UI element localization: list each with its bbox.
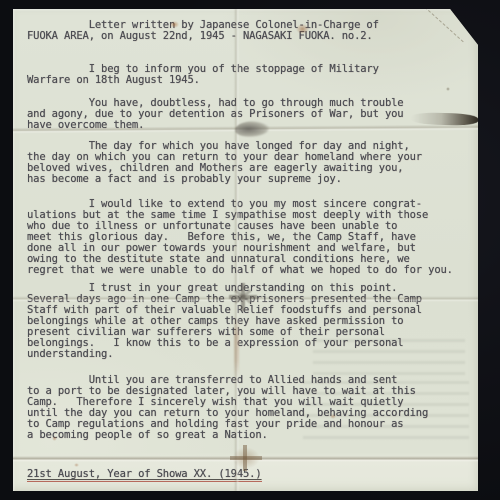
letter-paragraph: I would like to extend to you my most si… bbox=[27, 199, 478, 276]
rust-stain bbox=[446, 87, 450, 91]
letter-paragraph: I beg to inform you of the stoppage of M… bbox=[27, 64, 478, 86]
letter-page: Letter written by Japanese Colonel-in-Ch… bbox=[13, 9, 478, 491]
letter-paragraph: You have, doubtless, had to go through m… bbox=[27, 98, 478, 131]
letter-paragraph: The day for which you have longed for da… bbox=[27, 141, 478, 185]
fold-crease-horizontal-3 bbox=[13, 456, 478, 462]
letter-heading: Letter written by Japanese Colonel-in-Ch… bbox=[27, 20, 478, 42]
letter-paragraph: Until you are transferred to Allied hand… bbox=[27, 375, 478, 441]
photo-frame: Letter written by Japanese Colonel-in-Ch… bbox=[0, 0, 500, 500]
rust-stain bbox=[74, 463, 79, 467]
letter-dateline: 21st August, Year of Showa XX. (1945.) bbox=[27, 469, 262, 482]
letter-footer: 21st August, Year of Showa XX. (1945.) bbox=[27, 469, 478, 482]
letter-paragraph: I trust in your great understanding on t… bbox=[27, 283, 478, 360]
